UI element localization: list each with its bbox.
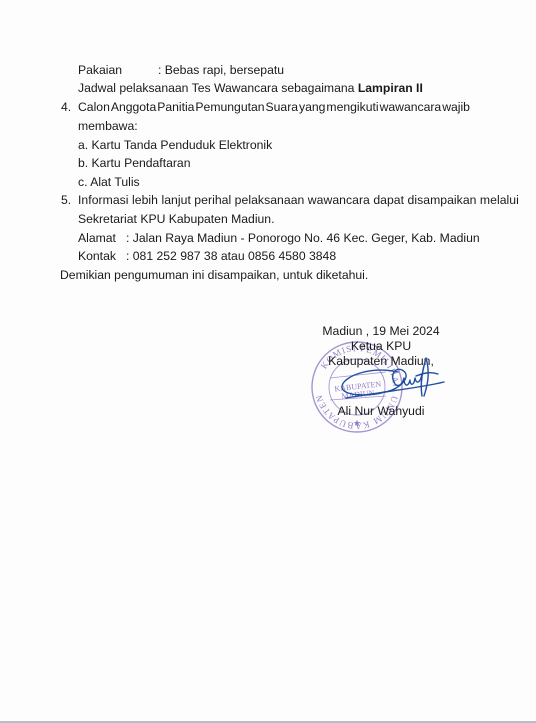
item-4-word: Anggota (111, 100, 156, 114)
alamat-value: : Jalan Raya Madiun - Ponorogo No. 46 Ke… (126, 231, 480, 245)
alamat-label: Alamat (78, 231, 116, 245)
closing-statement: Demikian pengumuman ini disampaikan, unt… (60, 268, 368, 282)
signature-place-date: Madiun , 19 Mei 2024 (321, 324, 441, 338)
handwritten-signature-icon (340, 352, 450, 412)
item-4-subitem-b: b. Kartu Pendaftaran (78, 156, 190, 170)
item-5-line2: Sekretariat KPU Kabupaten Madiun. (78, 212, 274, 226)
item-4-line1: CalonAnggotaPanitiaPemungutanSuarayangme… (78, 100, 470, 114)
item-4-number: 4. (61, 100, 71, 114)
item-4-word: wawancara (380, 100, 442, 114)
jadwal-text: Jadwal pelaksanaan Tes Wawancara sebagai… (78, 81, 358, 95)
item-4-word: Pemungutan (195, 100, 264, 114)
item-4-subitem-c: c. Alat Tulis (78, 175, 140, 189)
item-5-line1: Informasi lebih lanjut perihal pelaksana… (78, 193, 519, 207)
item-4-word: yang (299, 100, 325, 114)
item-4-subitem-a: a. Kartu Tanda Penduduk Elektronik (78, 138, 272, 152)
item-4-word: mengikuti (326, 100, 378, 114)
kontak-label: Kontak (78, 249, 116, 263)
signature-title-1: Ketua KPU (321, 339, 441, 353)
svg-text:★: ★ (353, 418, 361, 428)
jadwal-line: Jadwal pelaksanaan Tes Wawancara sebagai… (78, 81, 423, 95)
item-4-word: Calon (78, 100, 110, 114)
item-4-word: wajib (442, 100, 470, 114)
pakaian-label: Pakaian (78, 63, 122, 77)
item-4-word: Suara (266, 100, 299, 114)
item-4-line2: membawa: (78, 119, 138, 133)
kontak-value: : 081 252 987 38 atau 0856 4580 3848 (126, 249, 336, 263)
lampiran-reference: Lampiran II (358, 81, 423, 95)
item-4-word: Panitia (157, 100, 194, 114)
pakaian-value: : Bebas rapi, bersepatu (158, 63, 284, 77)
item-5-number: 5. (61, 193, 71, 207)
